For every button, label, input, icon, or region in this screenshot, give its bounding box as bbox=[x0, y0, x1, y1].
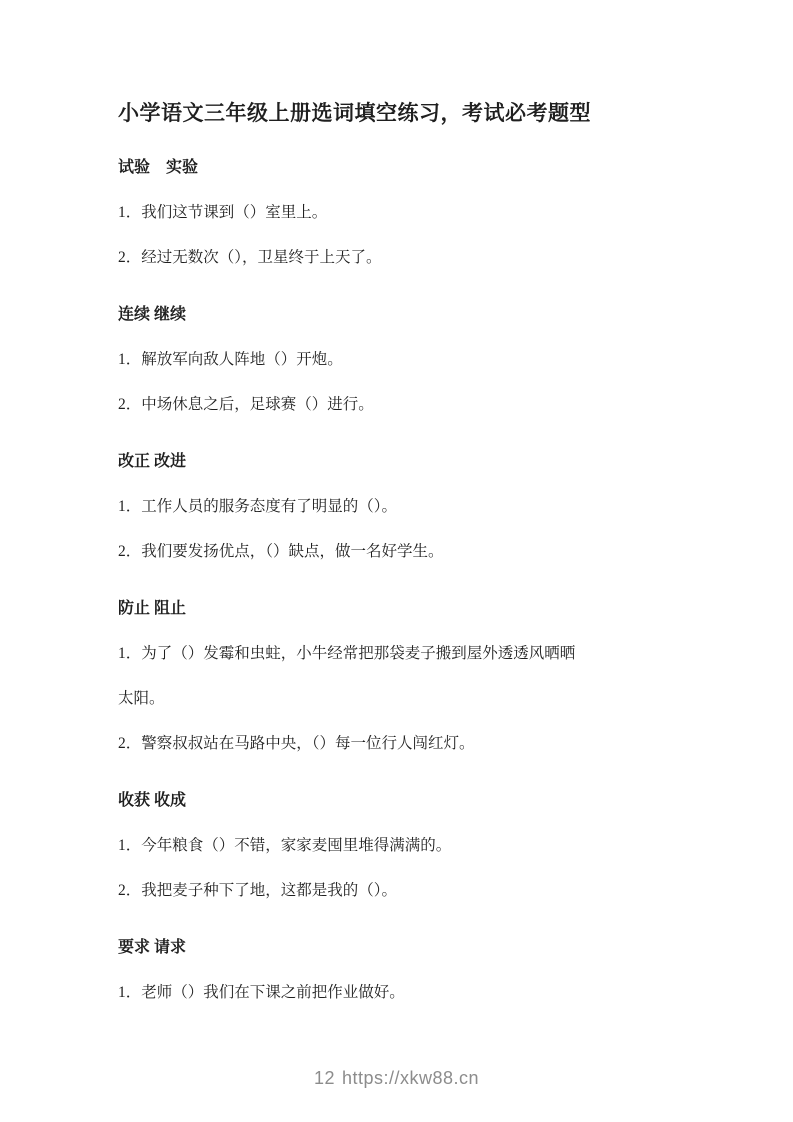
section-heading: 收获 收成 bbox=[118, 778, 684, 823]
section-heading: 要求 请求 bbox=[118, 925, 684, 970]
exercise-item: 1．解放军向敌人阵地（）开炮。 bbox=[118, 337, 684, 382]
exercise-item: 2．我把麦子种下了地，这都是我的（）。 bbox=[118, 868, 684, 913]
section-heading: 试验 实验 bbox=[118, 145, 684, 190]
document-page: 小学语文三年级上册选词填空练习，考试必考题型 试验 实验 1．我们这节课到（）室… bbox=[0, 0, 793, 1122]
source-url: https://xkw88.cn bbox=[342, 1068, 479, 1088]
exercise-line: 太阳。 bbox=[118, 676, 684, 721]
exercise-line: 1．工作人员的服务态度有了明显的（）。 bbox=[118, 484, 684, 529]
page-footer: 12https://xkw88.cn bbox=[0, 1066, 793, 1090]
exercise-item: 1．我们这节课到（）室里上。 bbox=[118, 190, 684, 235]
section-heading: 防止 阻止 bbox=[118, 586, 684, 631]
worksheet-body: 小学语文三年级上册选词填空练习，考试必考题型 试验 实验 1．我们这节课到（）室… bbox=[118, 97, 684, 1015]
section-heading: 改正 改进 bbox=[118, 439, 684, 484]
section-5: 收获 收成 1．今年粮食（）不错，家家麦囤里堆得满满的。 2．我把麦子种下了地，… bbox=[118, 778, 684, 913]
page-number: 12 bbox=[314, 1068, 335, 1088]
section-2: 连续 继续 1．解放军向敌人阵地（）开炮。 2．中场休息之后，足球赛（）进行。 bbox=[118, 292, 684, 427]
exercise-line: 2．经过无数次（），卫星终于上天了。 bbox=[118, 235, 684, 280]
section-heading: 连续 继续 bbox=[118, 292, 684, 337]
exercise-line: 1．为了（）发霉和虫蛀，小牛经常把那袋麦子搬到屋外透透风晒晒 bbox=[118, 631, 684, 676]
section-4: 防止 阻止 1．为了（）发霉和虫蛀，小牛经常把那袋麦子搬到屋外透透风晒晒 太阳。… bbox=[118, 586, 684, 766]
section-1: 试验 实验 1．我们这节课到（）室里上。 2．经过无数次（），卫星终于上天了。 bbox=[118, 145, 684, 280]
exercise-line: 1．老师（）我们在下课之前把作业做好。 bbox=[118, 970, 684, 1015]
exercise-line: 1．解放军向敌人阵地（）开炮。 bbox=[118, 337, 684, 382]
exercise-line: 1．我们这节课到（）室里上。 bbox=[118, 190, 684, 235]
exercise-item: 1．今年粮食（）不错，家家麦囤里堆得满满的。 bbox=[118, 823, 684, 868]
section-6: 要求 请求 1．老师（）我们在下课之前把作业做好。 bbox=[118, 925, 684, 1015]
exercise-line: 2．我们要发扬优点，（）缺点，做一名好学生。 bbox=[118, 529, 684, 574]
exercise-line: 2．警察叔叔站在马路中央，（）每一位行人闯红灯。 bbox=[118, 721, 684, 766]
page-title: 小学语文三年级上册选词填空练习，考试必考题型 bbox=[118, 97, 684, 129]
exercise-item: 2．经过无数次（），卫星终于上天了。 bbox=[118, 235, 684, 280]
section-3: 改正 改进 1．工作人员的服务态度有了明显的（）。 2．我们要发扬优点，（）缺点… bbox=[118, 439, 684, 574]
exercise-item: 2．我们要发扬优点，（）缺点，做一名好学生。 bbox=[118, 529, 684, 574]
exercise-item: 1．为了（）发霉和虫蛀，小牛经常把那袋麦子搬到屋外透透风晒晒 太阳。 bbox=[118, 631, 684, 721]
exercise-item: 1．工作人员的服务态度有了明显的（）。 bbox=[118, 484, 684, 529]
exercise-item: 2．中场休息之后，足球赛（）进行。 bbox=[118, 382, 684, 427]
exercise-item: 2．警察叔叔站在马路中央，（）每一位行人闯红灯。 bbox=[118, 721, 684, 766]
exercise-item: 1．老师（）我们在下课之前把作业做好。 bbox=[118, 970, 684, 1015]
exercise-line: 1．今年粮食（）不错，家家麦囤里堆得满满的。 bbox=[118, 823, 684, 868]
exercise-line: 2．我把麦子种下了地，这都是我的（）。 bbox=[118, 868, 684, 913]
exercise-line: 2．中场休息之后，足球赛（）进行。 bbox=[118, 382, 684, 427]
